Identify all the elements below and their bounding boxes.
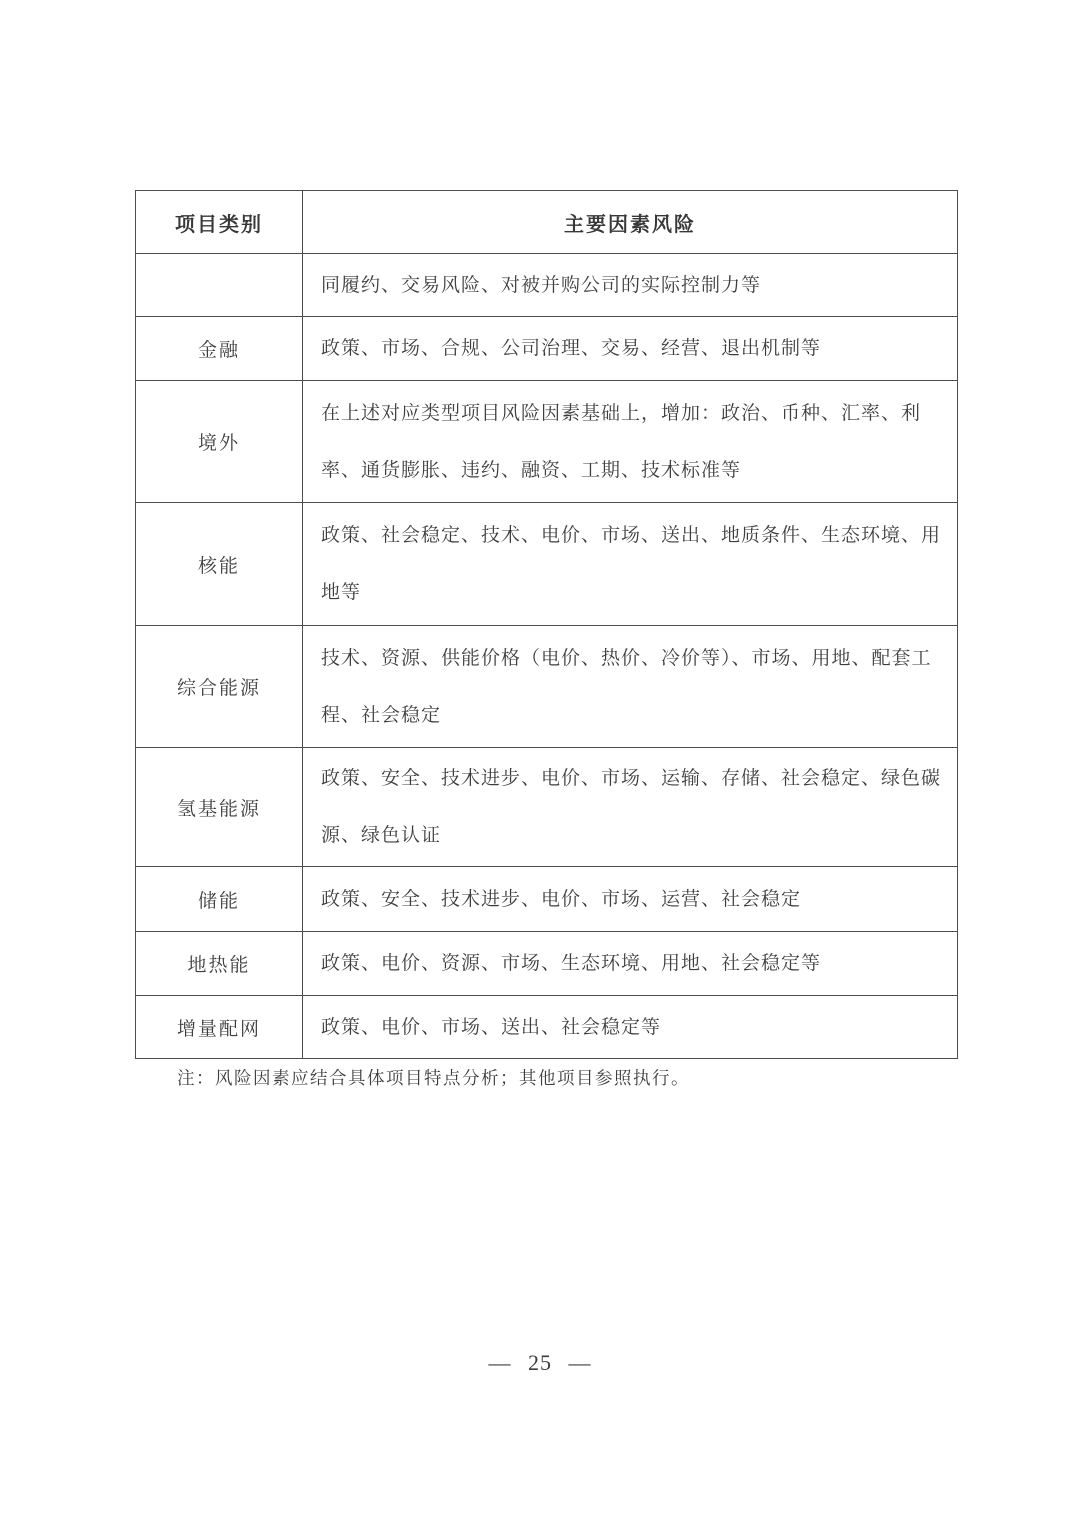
category-cell: 储能 xyxy=(136,867,303,932)
category-cell: 综合能源 xyxy=(136,626,303,748)
category-cell: 氢基能源 xyxy=(136,748,303,867)
column-header-risks: 主要因素风险 xyxy=(303,191,958,254)
table-row-nuclear: 核能 政策、社会稳定、技术、电价、市场、送出、地质条件、生态环境、用地等 xyxy=(136,503,958,626)
risks-cell: 技术、资源、供能价格（电价、热价、冷价等）、市场、用地、配套工程、社会稳定 xyxy=(303,626,958,748)
table-header-row: 项目类别 主要因素风险 xyxy=(136,191,958,254)
category-cell xyxy=(136,254,303,317)
document-page: 项目类别 主要因素风险 同履约、交易风险、对被并购公司的实际控制力等 金融 政策… xyxy=(0,0,1080,1527)
risks-cell: 政策、安全、技术进步、电价、市场、运营、社会稳定 xyxy=(303,867,958,932)
table-row-continuation: 同履约、交易风险、对被并购公司的实际控制力等 xyxy=(136,254,958,317)
table-row-hydrogen-energy: 氢基能源 政策、安全、技术进步、电价、市场、运输、存储、社会稳定、绿色碳源、绿色… xyxy=(136,748,958,867)
table-row-geothermal: 地热能 政策、电价、资源、市场、生态环境、用地、社会稳定等 xyxy=(136,932,958,996)
table-row-integrated-energy: 综合能源 技术、资源、供能价格（电价、热价、冷价等）、市场、用地、配套工程、社会… xyxy=(136,626,958,748)
category-cell: 地热能 xyxy=(136,932,303,996)
category-cell: 增量配网 xyxy=(136,996,303,1059)
category-cell: 核能 xyxy=(136,503,303,626)
risks-cell: 同履约、交易风险、对被并购公司的实际控制力等 xyxy=(303,254,958,317)
risk-factors-table: 项目类别 主要因素风险 同履约、交易风险、对被并购公司的实际控制力等 金融 政策… xyxy=(135,190,958,1059)
page-number: — 25 — xyxy=(0,1350,1080,1376)
table-row-overseas: 境外 在上述对应类型项目风险因素基础上，增加：政治、币种、汇率、利率、通货膨胀、… xyxy=(136,381,958,503)
category-cell: 金融 xyxy=(136,317,303,381)
category-cell: 境外 xyxy=(136,381,303,503)
risks-cell: 在上述对应类型项目风险因素基础上，增加：政治、币种、汇率、利率、通货膨胀、违约、… xyxy=(303,381,958,503)
risks-cell: 政策、社会稳定、技术、电价、市场、送出、地质条件、生态环境、用地等 xyxy=(303,503,958,626)
table-row-energy-storage: 储能 政策、安全、技术进步、电价、市场、运营、社会稳定 xyxy=(136,867,958,932)
table-row-incremental-grid: 增量配网 政策、电价、市场、送出、社会稳定等 xyxy=(136,996,958,1059)
column-header-category: 项目类别 xyxy=(136,191,303,254)
table-row-finance: 金融 政策、市场、合规、公司治理、交易、经营、退出机制等 xyxy=(136,317,958,381)
risks-cell: 政策、市场、合规、公司治理、交易、经营、退出机制等 xyxy=(303,317,958,381)
risks-cell: 政策、安全、技术进步、电价、市场、运输、存储、社会稳定、绿色碳源、绿色认证 xyxy=(303,748,958,867)
table-note: 注：风险因素应结合具体项目特点分析；其他项目参照执行。 xyxy=(177,1064,690,1092)
risks-cell: 政策、电价、市场、送出、社会稳定等 xyxy=(303,996,958,1059)
risks-cell: 政策、电价、资源、市场、生态环境、用地、社会稳定等 xyxy=(303,932,958,996)
